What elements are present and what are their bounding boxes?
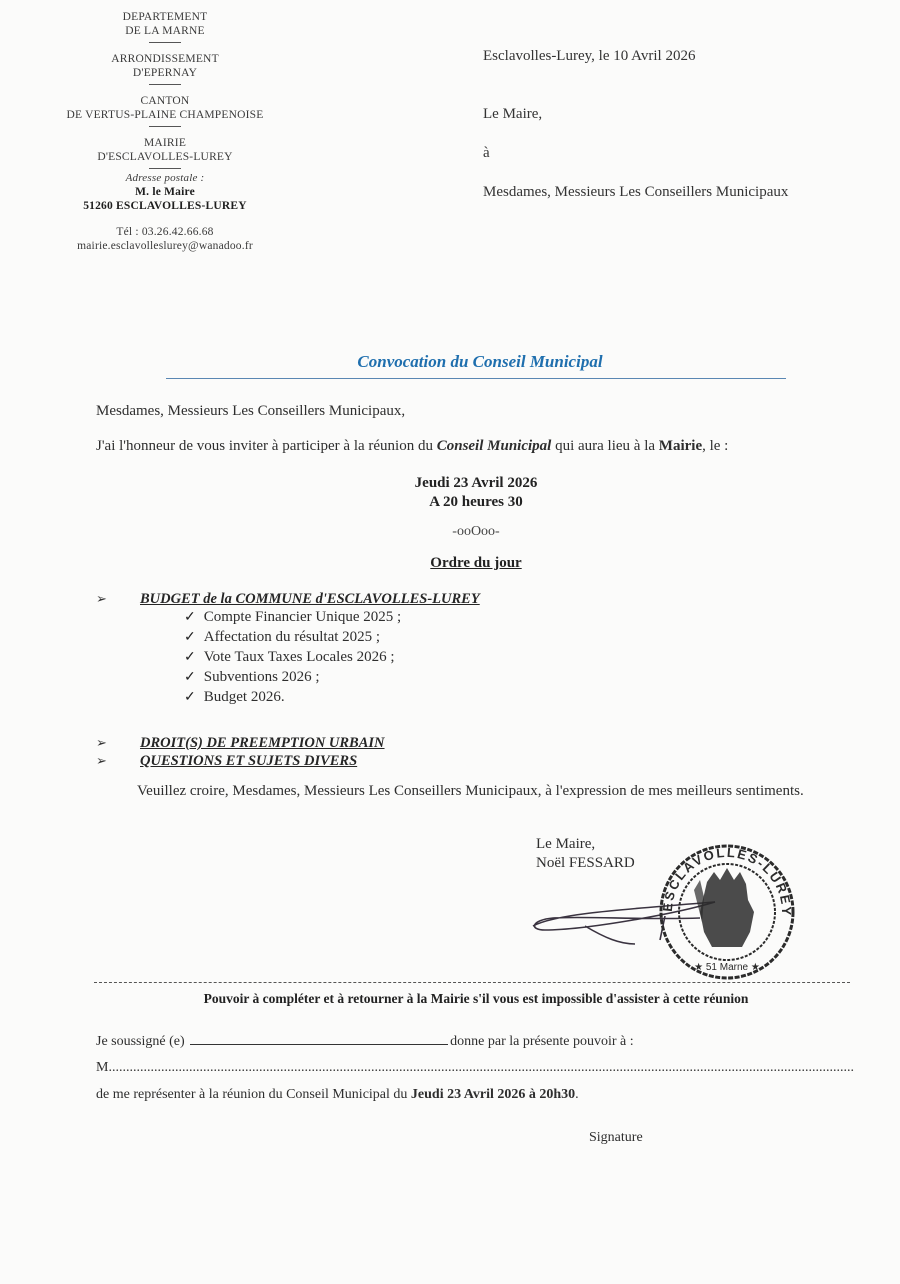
- mairie-line-1: MAIRIE: [40, 136, 290, 150]
- signer-name: Noël FESSARD: [536, 855, 635, 872]
- svg-text:★ 51 Marne ★: ★ 51 Marne ★: [694, 962, 760, 973]
- mairie-label: MAIRIE D'ESCLAVOLLES-LUREY: [40, 136, 290, 164]
- place-date: Esclavolles-Lurey, le 10 Avril 2026: [483, 48, 695, 65]
- proxy-line-3-prefix: de me représenter à la réunion du Consei…: [96, 1087, 411, 1102]
- agenda-subitem-label: Budget 2026.: [204, 689, 285, 705]
- proxy-heading: Pouvoir à compléter et à retourner à la …: [0, 991, 900, 1007]
- postal-city: 51260 ESCLAVOLLES-LUREY: [40, 199, 290, 213]
- letterhead: DEPARTEMENT DE LA MARNE ARRONDISSEMENT D…: [40, 10, 290, 253]
- agenda-subitem: ✓Budget 2026.: [184, 687, 285, 707]
- canton-line-2: DE VERTUS-PLAINE CHAMPENOISE: [40, 108, 290, 122]
- department-line-1: DEPARTEMENT: [40, 10, 290, 24]
- checkmark-icon: ✓: [184, 610, 196, 625]
- proxy-line-2: M.......................................…: [96, 1060, 854, 1076]
- canton-label: CANTON DE VERTUS-PLAINE CHAMPENOISE: [40, 94, 290, 122]
- arrow-bullet-icon: ➢: [96, 735, 107, 751]
- proxy-line-3: de me représenter à la réunion du Consei…: [96, 1087, 579, 1103]
- agenda-subitem-label: Vote Taux Taxes Locales 2026 ;: [204, 649, 395, 665]
- closing-paragraph: Veuillez croire, Mesdames, Messieurs Les…: [96, 782, 856, 801]
- arrondissement-line-2: D'EPERNAY: [40, 66, 290, 80]
- invite-mairie: Mairie: [659, 438, 702, 454]
- checkmark-icon: ✓: [184, 690, 196, 705]
- agenda-subitem: ✓Compte Financier Unique 2025 ;: [184, 607, 401, 627]
- signer-title: Le Maire,: [536, 836, 595, 853]
- agenda-subitem: ✓Vote Taux Taxes Locales 2026 ;: [184, 647, 395, 667]
- to-word: à: [483, 145, 490, 162]
- recipients: Mesdames, Messieurs Les Conseillers Muni…: [483, 184, 788, 201]
- agenda-subitem-label: Affectation du résultat 2025 ;: [204, 629, 380, 645]
- proxy-line-3-suffix: .: [575, 1087, 579, 1102]
- department-line-2: DE LA MARNE: [40, 24, 290, 38]
- agenda-item-label: QUESTIONS ET SUJETS DIVERS: [140, 753, 357, 770]
- postal-address-label: Adresse postale :: [40, 171, 290, 185]
- document-title: Convocation du Conseil Municipal: [0, 352, 900, 372]
- agenda-item-label: BUDGET de la COMMUNE d'ESCLAVOLLES-LUREY: [140, 591, 480, 608]
- arrow-bullet-icon: ➢: [96, 591, 107, 607]
- postal-name: M. le Maire: [40, 185, 290, 199]
- agenda-subitem-label: Compte Financier Unique 2025 ;: [204, 609, 401, 625]
- proxy-line-1-suffix: donne par la présente pouvoir à :: [450, 1034, 634, 1049]
- agenda-subitem: ✓Affectation du résultat 2025 ;: [184, 627, 380, 647]
- ornament: -ooOoo-: [0, 524, 900, 540]
- arrow-bullet-icon: ➢: [96, 753, 107, 769]
- proxy-recipient-field[interactable]: ........................................…: [112, 1060, 854, 1076]
- proxy-meeting-datetime: Jeudi 23 Avril 2026 à 20h30: [411, 1087, 575, 1102]
- separator: [149, 168, 181, 169]
- agenda-heading: Ordre du jour: [0, 555, 900, 572]
- department-label: DEPARTEMENT DE LA MARNE: [40, 10, 290, 38]
- signature-label: Signature: [589, 1130, 643, 1146]
- separator: [149, 42, 181, 43]
- meeting-time: A 20 heures 30: [0, 494, 900, 511]
- invite-council: Conseil Municipal: [437, 438, 552, 454]
- checkmark-icon: ✓: [184, 670, 196, 685]
- checkmark-icon: ✓: [184, 650, 196, 665]
- agenda-item-label: DROIT(S) DE PREEMPTION URBAIN: [140, 735, 385, 752]
- title-rule: [166, 378, 786, 379]
- email-address: mairie.esclavolleslurey@wanadoo.fr: [40, 239, 290, 253]
- canton-line-1: CANTON: [40, 94, 290, 108]
- separator: [149, 84, 181, 85]
- arrondissement-line-1: ARRONDISSEMENT: [40, 52, 290, 66]
- cut-line: [94, 982, 850, 983]
- salutation: Mesdames, Messieurs Les Conseillers Muni…: [96, 403, 405, 420]
- mairie-line-2: D'ESCLAVOLLES-LUREY: [40, 150, 290, 164]
- agenda-subitem: ✓Subventions 2026 ;: [184, 667, 320, 687]
- invite-text: qui aura lieu à la: [551, 438, 658, 454]
- proxy-line-2-prefix: M.: [96, 1060, 112, 1075]
- sender: Le Maire,: [483, 106, 542, 123]
- separator: [149, 126, 181, 127]
- undersigned-name-field[interactable]: [190, 1032, 448, 1045]
- arrondissement-label: ARRONDISSEMENT D'EPERNAY: [40, 52, 290, 80]
- invitation-paragraph: J'ai l'honneur de vous inviter à partici…: [96, 438, 728, 455]
- invite-text: , le :: [702, 438, 728, 454]
- meeting-date: Jeudi 23 Avril 2026: [0, 475, 900, 492]
- proxy-line-1-prefix: Je soussigné (e): [96, 1034, 185, 1049]
- phone-number: Tél : 03.26.42.66.68: [40, 225, 290, 239]
- official-stamp-icon: ESCLAVOLLES-LUREY ★ 51 Marne ★: [652, 842, 802, 982]
- checkmark-icon: ✓: [184, 630, 196, 645]
- agenda-subitem-label: Subventions 2026 ;: [204, 669, 320, 685]
- invite-text: J'ai l'honneur de vous inviter à partici…: [96, 438, 437, 454]
- proxy-line-1: Je soussigné (e) donne par la présente p…: [96, 1032, 634, 1050]
